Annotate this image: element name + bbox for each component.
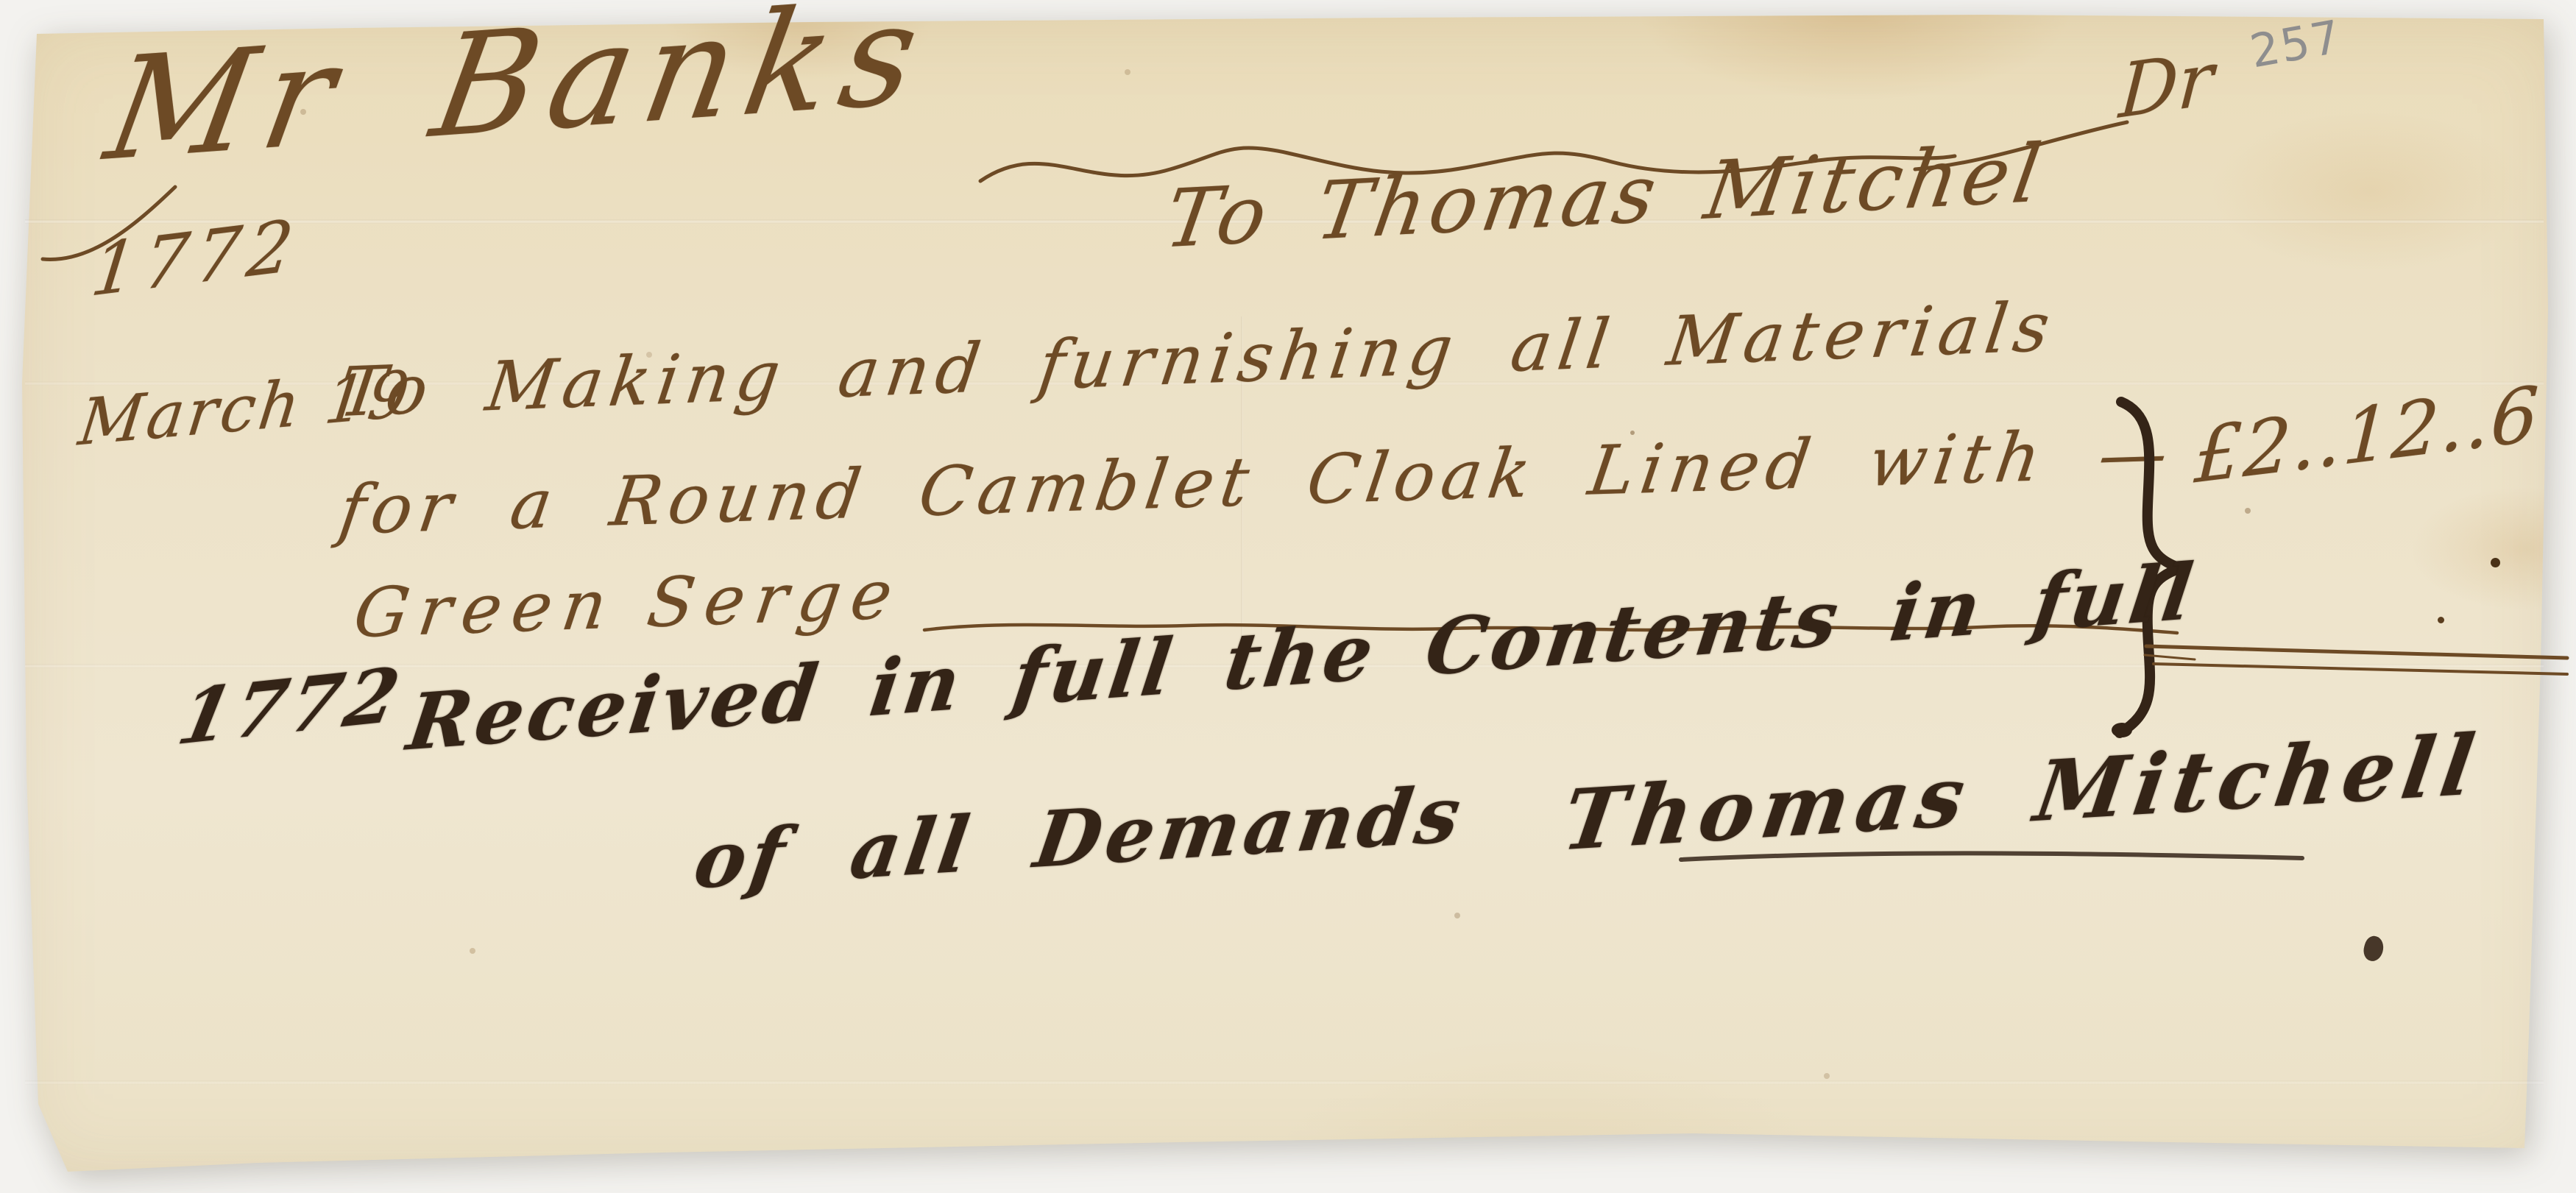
entry-description-line3: Green Serge bbox=[350, 561, 906, 648]
document-photo: Mr Banks Dr 257 1772 To Thomas Mitchel M… bbox=[0, 0, 2576, 1193]
total-double-rule bbox=[2143, 639, 2570, 680]
paper-speckles bbox=[0, 0, 3, 3]
signature-strike-flourish bbox=[1680, 846, 2305, 867]
ink-dot bbox=[2438, 617, 2444, 623]
ink-dot bbox=[2491, 558, 2500, 567]
debit-abbrev: Dr bbox=[2117, 41, 2215, 130]
fold-crease bbox=[25, 1080, 2544, 1085]
receipt-year: 1772 bbox=[172, 656, 410, 755]
